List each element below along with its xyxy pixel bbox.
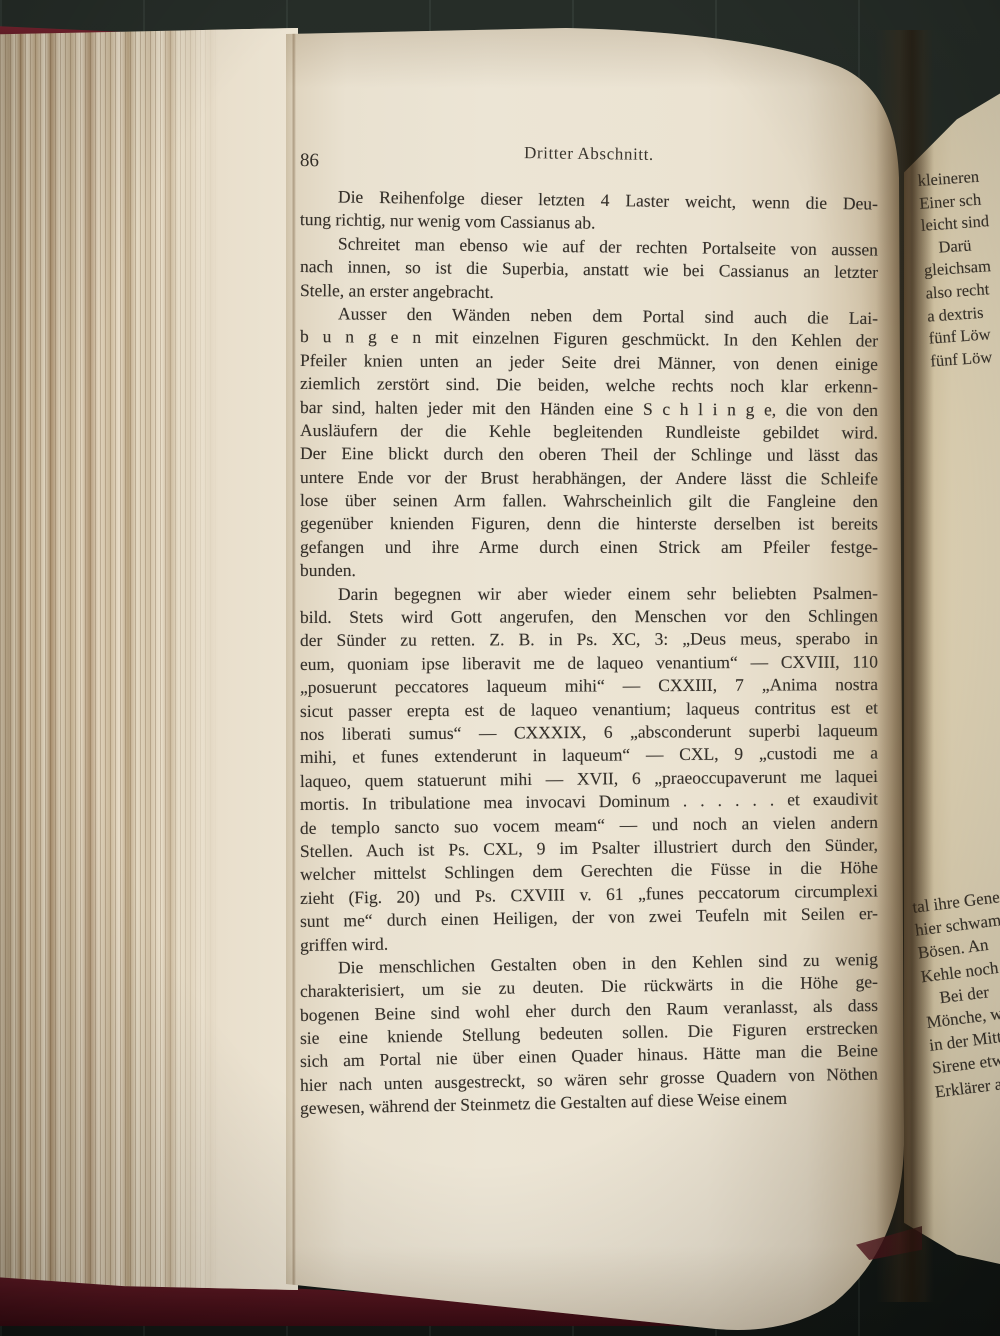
text-line: gegenüber knienden Figuren, denn die hin… (300, 512, 878, 536)
text-line: Der Eine blickt durch den oberen Theil d… (300, 442, 878, 467)
facing-book-page: kleinerenEiner schleicht sindDarügleichs… (904, 84, 1000, 1264)
text-line: gefangen und ihre Arme durch einen Stric… (300, 536, 878, 559)
text-line: bild. Stets wird Gott angerufen, den Men… (300, 605, 878, 630)
text-line: eum, quoniam ipse liberavit me de laqueo… (300, 650, 878, 676)
text-line: der Sünder zu retten. Z. B. in Ps. XC, 3… (300, 627, 878, 652)
text-line: untere Ende vor der Brust herabhängen, d… (300, 466, 878, 491)
text-line: Ausläufern der die Kehle begleitenden Ru… (300, 419, 878, 445)
text-line: leicht sind (920, 210, 990, 237)
book-page-edges (0, 28, 298, 1290)
text-line: also recht (925, 278, 995, 305)
text-line: ziemlich zerstört sind. Die beiden, welc… (300, 372, 878, 399)
text-line: „posuerunt peccatores laqueum mihi“ — CX… (300, 673, 878, 699)
text-line: bunden. (300, 559, 878, 583)
left-book-page: 86 Dritter Abschnitt. Die Reihenfolge di… (286, 18, 922, 1336)
facing-page-text-top: kleinerenEiner schleicht sindDarügleichs… (917, 165, 999, 373)
facing-page-text-bottom: tal ihre Genehier schwamBösen. AnKehle n… (911, 884, 1000, 1103)
text-line: fünf Löw (930, 346, 1000, 373)
running-header: Dritter Abschnitt. (300, 140, 878, 168)
body-text: Die Reihenfolge dieser letzten 4 Laster … (300, 185, 878, 1121)
text-line: lose über seinen Arm fallen. Wahrscheinl… (300, 489, 878, 513)
text-line: bar sind, halten jeder mit den Händen ei… (300, 396, 878, 422)
text-line: Darin begegnen wir aber wieder einem seh… (300, 582, 878, 606)
